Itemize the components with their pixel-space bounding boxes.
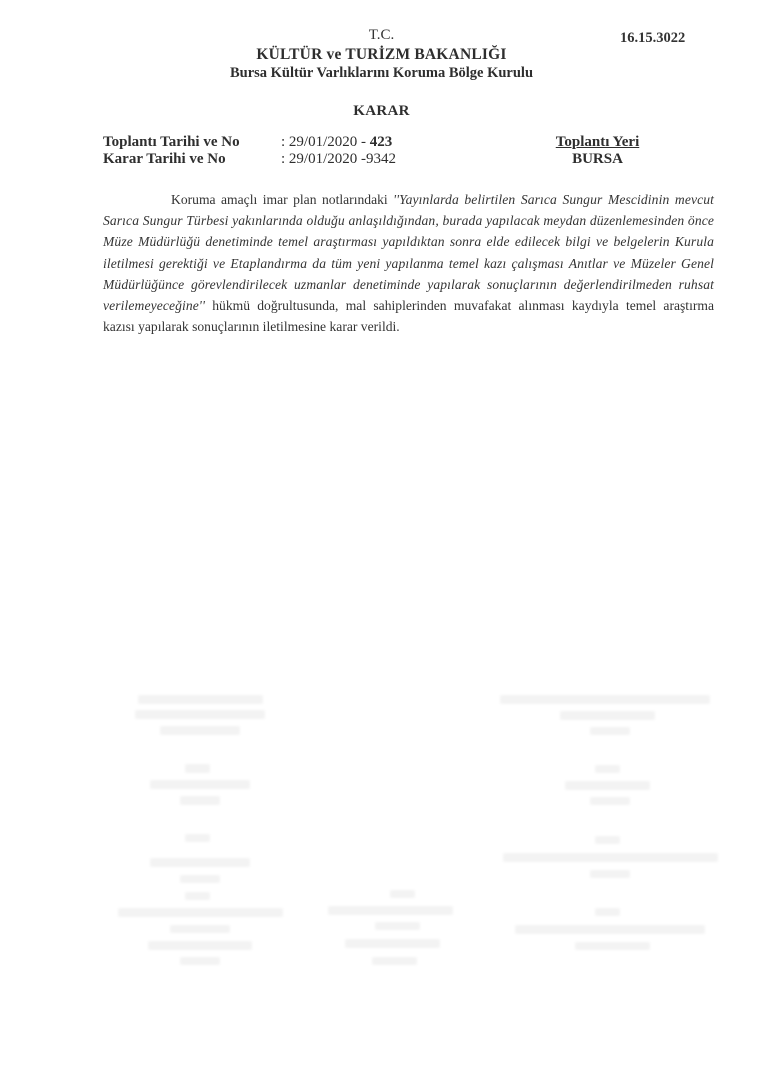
faded-line [148, 941, 252, 950]
faded-line [375, 922, 420, 930]
faded-line [515, 925, 705, 934]
faded-line [595, 836, 620, 844]
faded-line [328, 906, 453, 915]
faded-line [180, 875, 220, 883]
faded-line [503, 853, 718, 862]
faded-line [590, 797, 630, 805]
location-label: Toplantı Yeri [550, 134, 645, 151]
faded-line [180, 796, 220, 805]
meeting-location: Toplantı Yeri BURSA [550, 134, 645, 168]
faded-line [595, 765, 620, 773]
meeting-number: 423 [366, 134, 392, 150]
faded-line [138, 695, 263, 704]
decision-body: Koruma amaçlı imar plan notlarındaki ''Y… [103, 189, 714, 337]
location-value: BURSA [550, 151, 645, 168]
faded-line [565, 781, 650, 790]
faded-line [185, 892, 210, 900]
faded-line [575, 942, 650, 950]
decision-number: 9342 [366, 151, 396, 167]
faded-line [170, 925, 230, 933]
decision-date-value: : 29/01/2020 -9342 [281, 151, 396, 168]
faded-line [185, 834, 210, 842]
document-number: 16.15.3022 [620, 30, 685, 47]
body-quote: ''Yayınlarda belirtilen Sarıca Sungur Me… [103, 192, 714, 313]
faded-line [595, 908, 620, 916]
faded-line [560, 711, 655, 720]
faded-line [500, 695, 710, 704]
faded-line [390, 890, 415, 898]
faded-line [160, 726, 240, 735]
meeting-date: : 29/01/2020 - [281, 134, 366, 150]
faded-line [150, 858, 250, 867]
decision-date-label: Karar Tarihi ve No [103, 151, 226, 168]
meeting-date-value: : 29/01/2020 - 423 [281, 134, 392, 151]
faded-line [185, 764, 210, 773]
faded-line [118, 908, 283, 917]
faded-line [590, 727, 630, 735]
faded-line [135, 710, 265, 719]
header-ministry: KÜLTÜR ve TURİZM BAKANLIĞI [0, 45, 763, 64]
meeting-date-label: Toplantı Tarihi ve No [103, 134, 240, 151]
faded-line [150, 780, 250, 789]
faded-line [590, 870, 630, 878]
body-intro: Koruma amaçlı imar plan notlarındaki [171, 192, 393, 207]
faded-line [372, 957, 417, 965]
faded-line [345, 939, 440, 948]
document-title: KARAR [0, 103, 763, 120]
header-board: Bursa Kültür Varlıklarını Koruma Bölge K… [0, 64, 763, 83]
faded-line [180, 957, 220, 965]
decision-date: : 29/01/2020 - [281, 151, 366, 167]
